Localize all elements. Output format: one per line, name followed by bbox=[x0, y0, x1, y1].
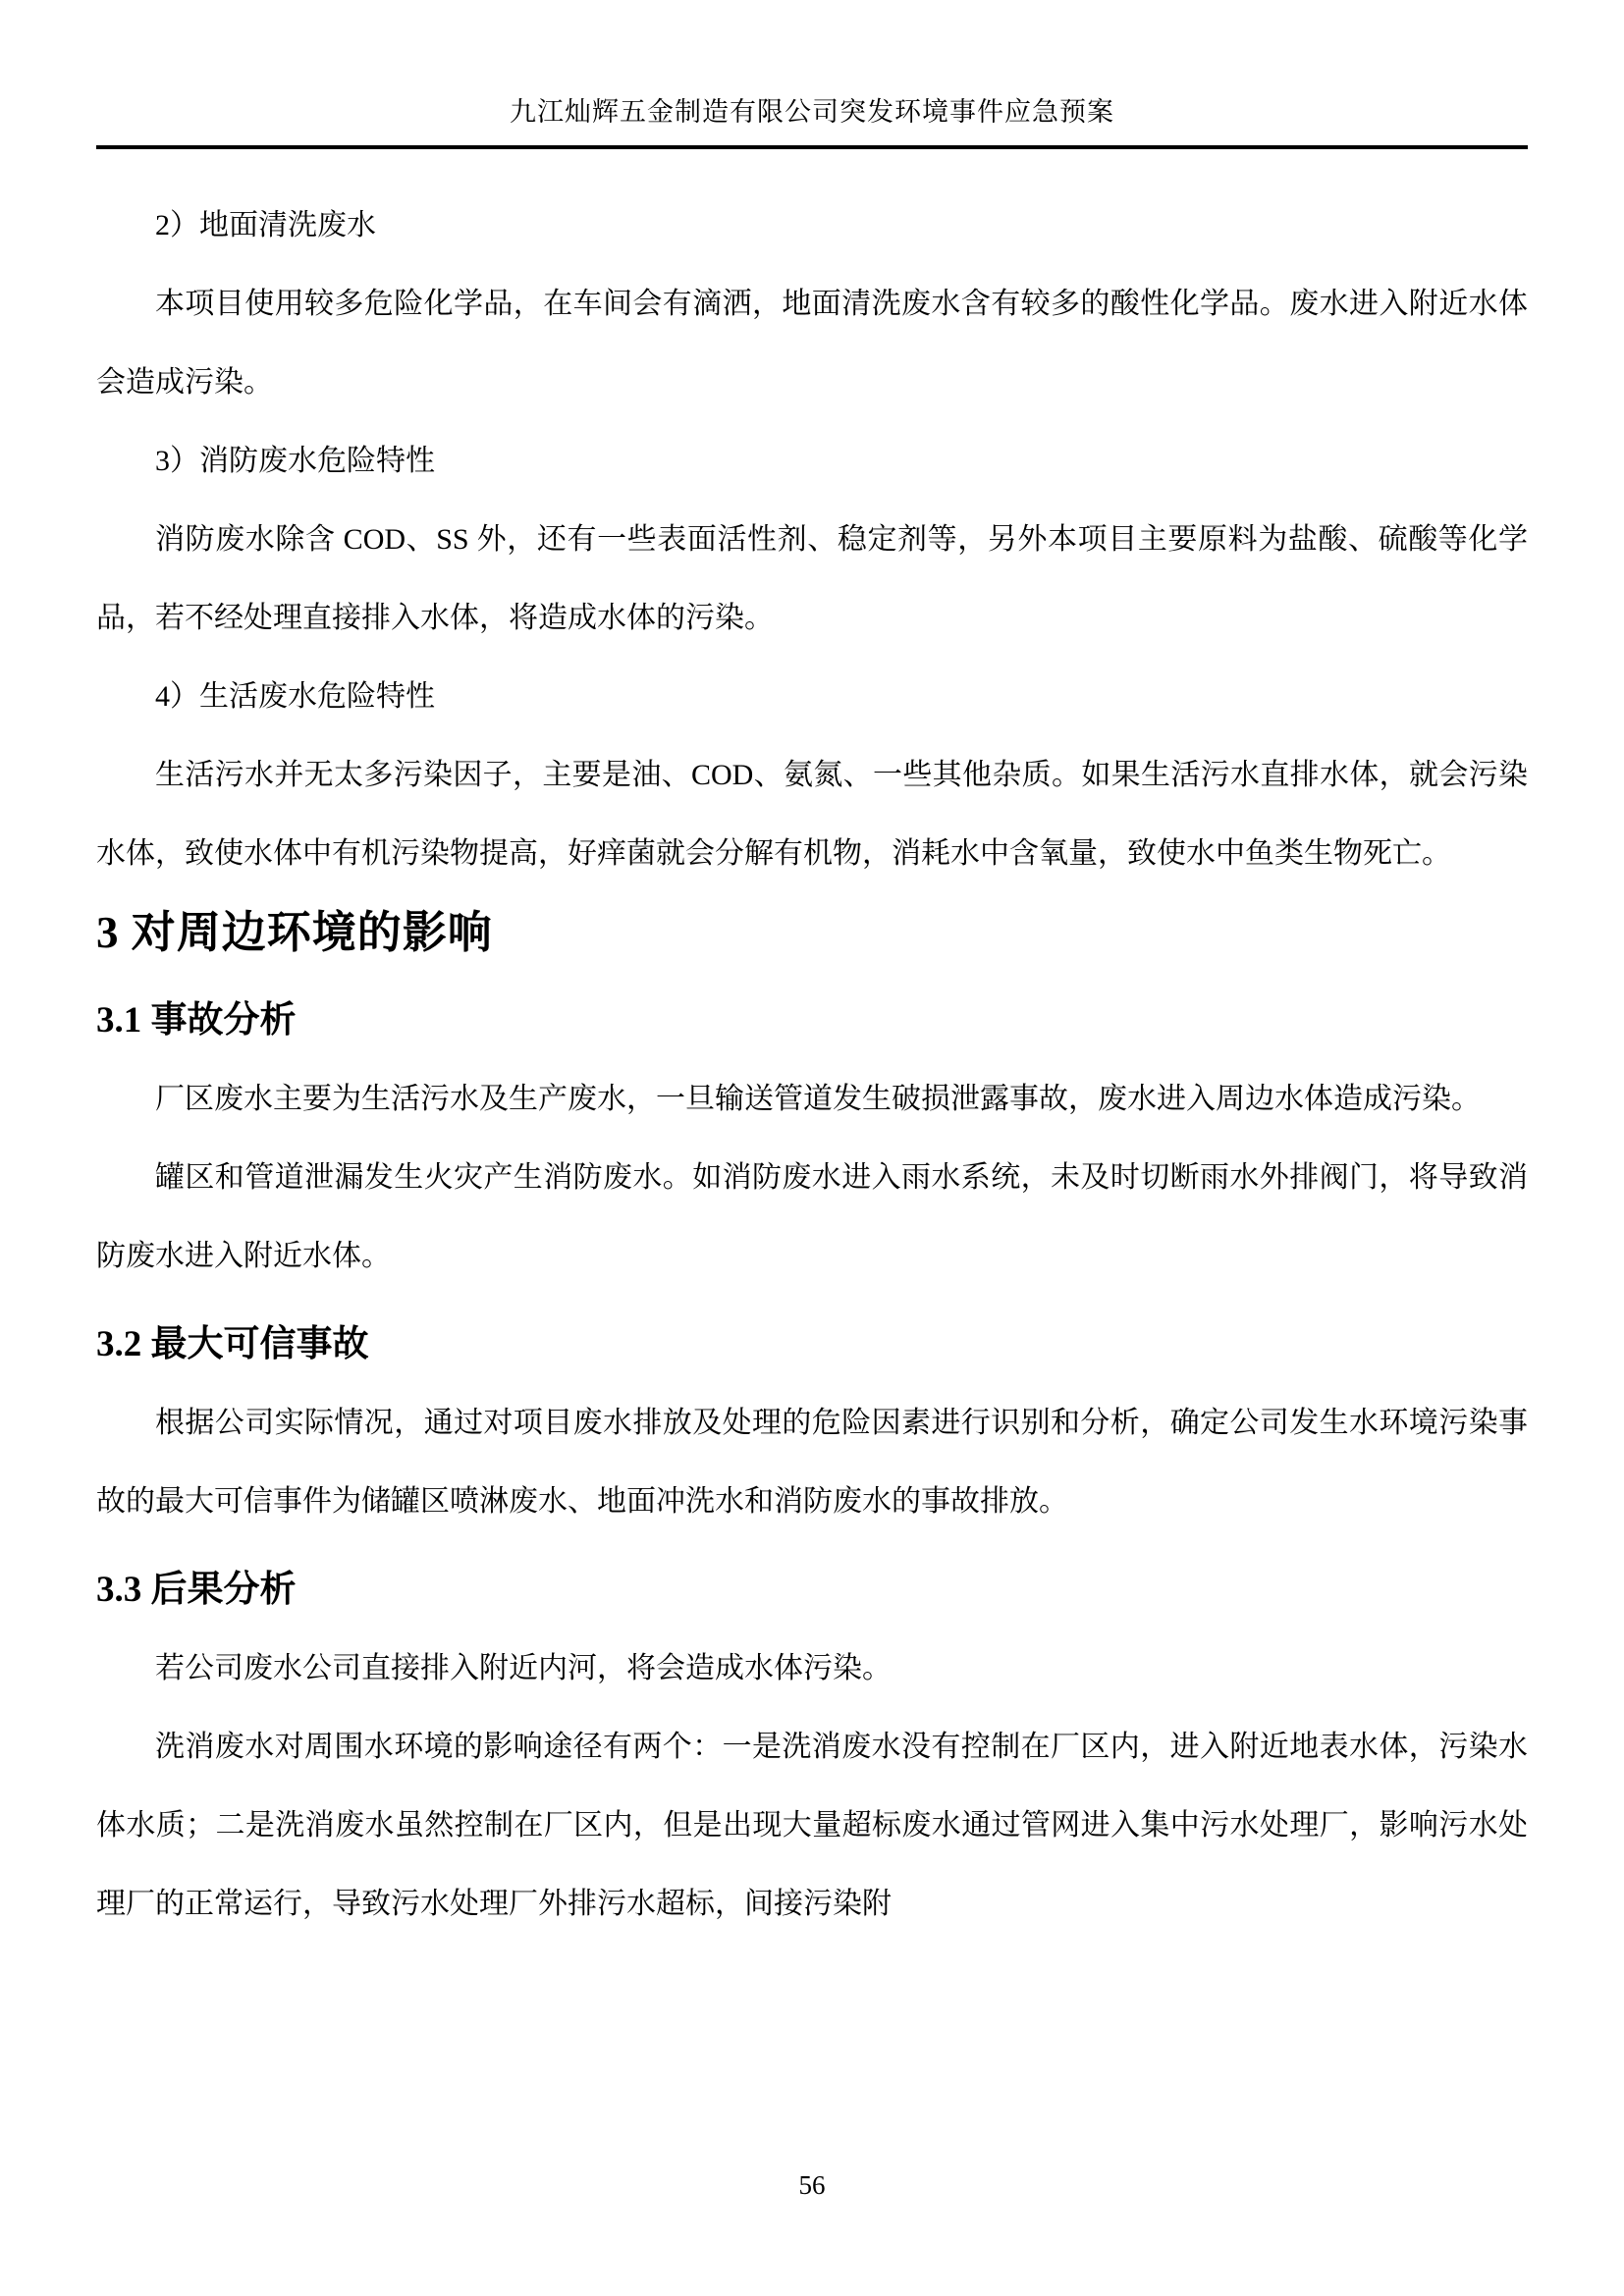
page-number: 56 bbox=[799, 2170, 826, 2200]
paragraph-accident-analysis-2: 罐区和管道泄漏发生火灾产生消防废水。如消防废水进入雨水系统，未及时切断雨水外排阀… bbox=[96, 1139, 1528, 1296]
header-title: 九江灿辉五金制造有限公司突发环境事件应急预案 bbox=[96, 94, 1528, 130]
paragraph-consequence-analysis-2: 洗消废水对周围水环境的影响途径有两个：一是洗消废水没有控制在厂区内，进入附近地表… bbox=[96, 1708, 1528, 1944]
page-header: 九江灿辉五金制造有限公司突发环境事件应急预案 bbox=[0, 0, 1624, 149]
page-footer: 56 bbox=[0, 2167, 1624, 2203]
paragraph-max-credible-accident: 根据公司实际情况，通过对项目废水排放及处理的危险因素进行识别和分析，确定公司发生… bbox=[96, 1384, 1528, 1541]
list-item-2-floor-washing-wastewater: 2）地面清洗废水 bbox=[96, 187, 1528, 265]
paragraph-fire-wastewater: 消防废水除含 COD、SS 外，还有一些表面活性剂、稳定剂等，另外本项目主要原料… bbox=[96, 501, 1528, 658]
list-item-4-domestic-wastewater: 4）生活废水危险特性 bbox=[96, 658, 1528, 736]
document-body: 2）地面清洗废水 本项目使用较多危险化学品，在车间会有滴洒，地面清洗废水含有较多… bbox=[0, 149, 1624, 1944]
paragraph-domestic-wastewater: 生活污水并无太多污染因子，主要是油、COD、氨氮、一些其他杂质。如果生活污水直排… bbox=[96, 736, 1528, 893]
subsection-heading-3-1: 3.1 事故分析 bbox=[96, 982, 1528, 1060]
paragraph-accident-analysis-1: 厂区废水主要为生活污水及生产废水，一旦输送管道发生破损泄露事故，废水进入周边水体… bbox=[96, 1060, 1528, 1139]
subsection-heading-3-2: 3.2 最大可信事故 bbox=[96, 1306, 1528, 1384]
document-page: 九江灿辉五金制造有限公司突发环境事件应急预案 2）地面清洗废水 本项目使用较多危… bbox=[0, 0, 1624, 2296]
section-heading-3: 3 对周边环境的影响 bbox=[96, 893, 1528, 972]
paragraph-floor-washing-wastewater: 本项目使用较多危险化学品，在车间会有滴洒，地面清洗废水含有较多的酸性化学品。废水… bbox=[96, 265, 1528, 422]
paragraph-consequence-analysis-1: 若公司废水公司直接排入附近内河，将会造成水体污染。 bbox=[96, 1629, 1528, 1708]
subsection-heading-3-3: 3.3 后果分析 bbox=[96, 1551, 1528, 1629]
list-item-3-fire-wastewater: 3）消防废水危险特性 bbox=[96, 422, 1528, 501]
